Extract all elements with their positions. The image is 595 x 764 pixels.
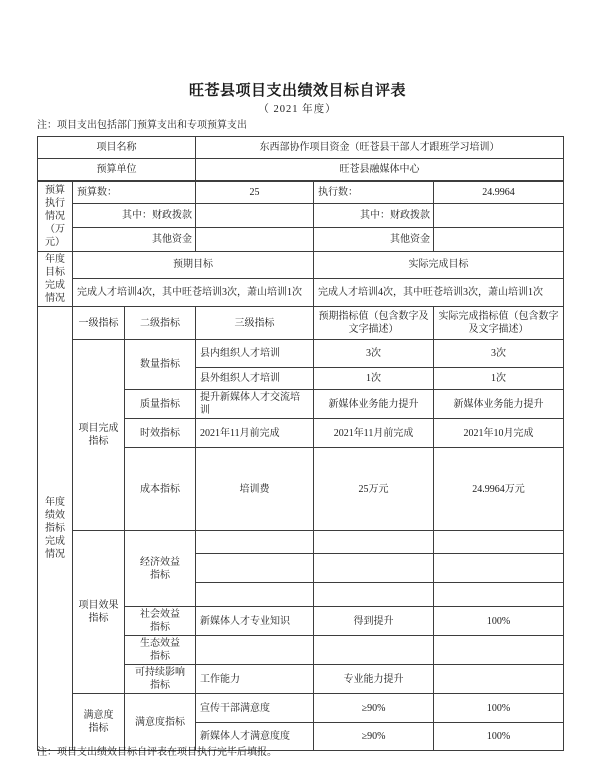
table-row: 预算 执行 情况 （万 元） 预算数： 25 执行数： 24.9964 (38, 181, 564, 204)
note-top: 注：项目支出包括部门预算支出和专项预算支出 (37, 116, 247, 131)
header-expected: 预期指标值（包含数字及文字描述） (314, 307, 434, 340)
social-row-l3: 新媒体人才专业知识 (196, 607, 314, 636)
ecological-row-actual (434, 636, 564, 665)
economic-row-l3 (196, 531, 314, 554)
fiscal-appropriation-value-left (196, 204, 314, 228)
fiscal-appropriation-value-right (434, 204, 564, 228)
indicators-section-label: 年度 绩效 指标 完成 情况 (38, 307, 73, 751)
sustainable-indicator-label: 可持续影响 指标 (125, 665, 196, 694)
table-row: 预算单位 旺苍县融媒体中心 (38, 159, 564, 181)
project-name-label: 项目名称 (38, 137, 196, 159)
document-page: 旺苍县项目支出绩效目标自评表 （ 2021 年度） 注：项目支出包括部门预算支出… (0, 0, 595, 764)
table-row: 年度 绩效 指标 完成 情况 一级指标 二级指标 三级指标 预期指标值（包含数字… (38, 307, 564, 340)
economic-row-actual (434, 583, 564, 607)
quantity-row-expected: 3次 (314, 340, 434, 368)
budget-execution-section-label: 预算 执行 情况 （万 元） (38, 181, 73, 252)
economic-row-l3 (196, 554, 314, 583)
sustainable-row-actual (434, 665, 564, 694)
effect-level1-label: 项目效果 指标 (73, 531, 125, 694)
timeliness-row-expected: 2021年11月前完成 (314, 419, 434, 448)
table-row: 项目完成 指标 数量指标 县内组织人才培训 3次 3次 (38, 340, 564, 368)
actual-goal-header: 实际完成目标 (314, 252, 564, 279)
budget-number-label: 预算数： (73, 181, 196, 204)
quality-row-actual: 新媒体业务能力提升 (434, 390, 564, 419)
table-row: 其他资金 其他资金 (38, 228, 564, 252)
economic-indicator-label: 经济效益 指标 (125, 531, 196, 607)
execution-number-label: 执行数： (314, 181, 434, 204)
economic-row-expected (314, 554, 434, 583)
sustainable-row-expected: 专业能力提升 (314, 665, 434, 694)
quantity-row-l3: 县内组织人才培训 (196, 340, 314, 368)
fiscal-appropriation-label-left: 其中：财政拨款 (73, 204, 196, 228)
budget-unit-label: 预算单位 (38, 159, 196, 181)
budget-number-value: 25 (196, 181, 314, 204)
header-actual: 实际完成指标值（包含数字及文字描述） (434, 307, 564, 340)
timeliness-row-actual: 2021年10月完成 (434, 419, 564, 448)
quantity-indicator-label: 数量指标 (125, 340, 196, 390)
economic-row-actual (434, 531, 564, 554)
fiscal-appropriation-label-right: 其中：财政拨款 (314, 204, 434, 228)
expected-goal-value: 完成人才培训4次，其中旺苍培训3次，萧山培训1次 (73, 278, 314, 306)
sustainable-row-l3: 工作能力 (196, 665, 314, 694)
ecological-row-expected (314, 636, 434, 665)
quantity-row-actual: 1次 (434, 368, 564, 390)
budget-unit-value: 旺苍县融媒体中心 (196, 159, 564, 181)
page-subtitle: （ 2021 年度） (0, 101, 595, 116)
economic-row-expected (314, 531, 434, 554)
timeliness-indicator-label: 时效指标 (125, 419, 196, 448)
header-level2: 二级指标 (125, 307, 196, 340)
table-row: 年度 目标 完成 情况 预期目标 实际完成目标 (38, 252, 564, 279)
timeliness-row-l3: 2021年11月前完成 (196, 419, 314, 448)
quantity-row-actual: 3次 (434, 340, 564, 368)
quantity-row-l3: 县外组织人才培训 (196, 368, 314, 390)
table-row: 完成人才培训4次，其中旺苍培训3次，萧山培训1次 完成人才培训4次，其中旺苍培训… (38, 278, 564, 306)
table-row: 满意度 指标 满意度指标 宣传干部满意度 ≥90% 100% (38, 694, 564, 723)
satisfaction-indicator-label: 满意度指标 (125, 694, 196, 751)
table-row: 项目名称 东西部协作项目资金（旺苍县干部人才跟班学习培训） (38, 137, 564, 159)
satisfaction-row-expected: ≥90% (314, 694, 434, 723)
social-row-expected: 得到提升 (314, 607, 434, 636)
satisfaction-row-l3: 宣传干部满意度 (196, 694, 314, 723)
economic-row-l3 (196, 583, 314, 607)
header-level1: 一级指标 (73, 307, 125, 340)
quantity-row-expected: 1次 (314, 368, 434, 390)
header-level3: 三级指标 (196, 307, 314, 340)
ecological-row-l3 (196, 636, 314, 665)
satisfaction-row-actual: 100% (434, 723, 564, 751)
other-funds-label-right: 其他资金 (314, 228, 434, 252)
ecological-indicator-label: 生态效益 指标 (125, 636, 196, 665)
satisfaction-level1-label: 满意度 指标 (73, 694, 125, 751)
quality-row-l3: 提升新媒体人才交流培训 (196, 390, 314, 419)
cost-row-actual: 24.9964万元 (434, 448, 564, 531)
annual-goal-section-label: 年度 目标 完成 情况 (38, 252, 73, 307)
social-indicator-label: 社会效益 指标 (125, 607, 196, 636)
economic-row-expected (314, 583, 434, 607)
expected-goal-header: 预期目标 (73, 252, 314, 279)
cost-row-l3: 培训费 (196, 448, 314, 531)
cost-indicator-label: 成本指标 (125, 448, 196, 531)
other-funds-value-left (196, 228, 314, 252)
project-name-value: 东西部协作项目资金（旺苍县干部人才跟班学习培训） (196, 137, 564, 159)
other-funds-value-right (434, 228, 564, 252)
table-row: 其中：财政拨款 其中：财政拨款 (38, 204, 564, 228)
page-title: 旺苍县项目支出绩效目标自评表 (0, 79, 595, 100)
table-row: 项目效果 指标 经济效益 指标 (38, 531, 564, 554)
quality-indicator-label: 质量指标 (125, 390, 196, 419)
satisfaction-row-expected: ≥90% (314, 723, 434, 751)
cost-row-expected: 25万元 (314, 448, 434, 531)
other-funds-label-left: 其他资金 (73, 228, 196, 252)
quality-row-expected: 新媒体业务能力提升 (314, 390, 434, 419)
note-bottom: 注：项目支出绩效目标自评表在项目执行完毕后填报。 (37, 743, 277, 758)
social-row-actual: 100% (434, 607, 564, 636)
actual-goal-value: 完成人才培训4次，其中旺苍培训3次，萧山培训1次 (314, 278, 564, 306)
completion-level1-label: 项目完成 指标 (73, 340, 125, 531)
self-evaluation-table: 项目名称 东西部协作项目资金（旺苍县干部人才跟班学习培训） 预算单位 旺苍县融媒… (37, 136, 564, 751)
satisfaction-row-actual: 100% (434, 694, 564, 723)
economic-row-actual (434, 554, 564, 583)
execution-number-value: 24.9964 (434, 181, 564, 204)
